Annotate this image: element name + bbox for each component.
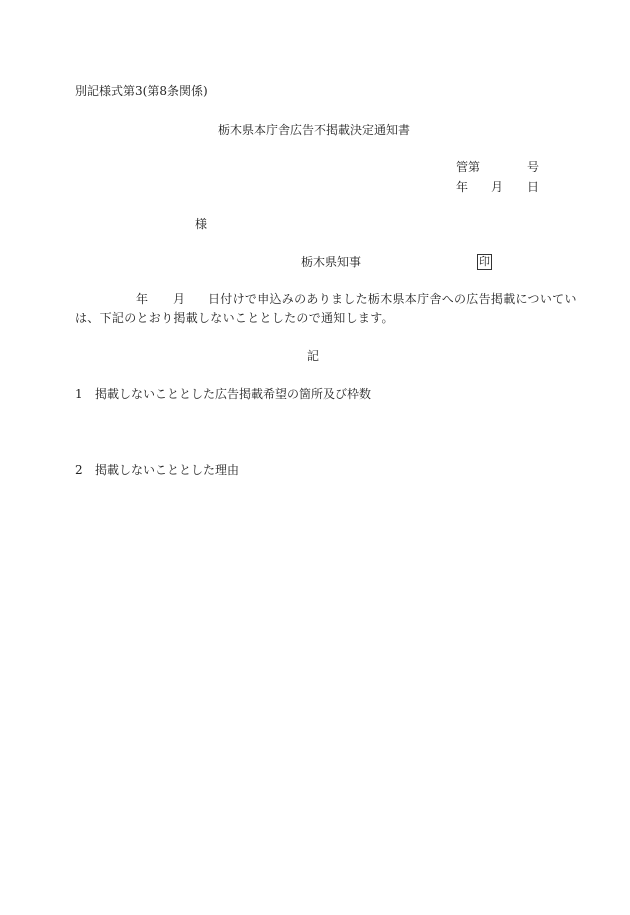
seal-mark: 印 xyxy=(477,254,492,270)
body-line-2: は、下記のとおり掲載しないこととしたので通知します。 xyxy=(75,311,394,325)
issuer-name: 栃木県知事 xyxy=(301,255,361,269)
item-1-text: 掲載しないこととした広告掲載希望の箇所及び枠数 xyxy=(95,387,371,401)
body-line-1: 日付けで申込みのありました栃木県本庁舎への広告掲載についてい xyxy=(208,292,577,306)
form-reference: 別記様式第3(第8条関係) xyxy=(75,84,208,98)
item-2-number: 2 xyxy=(75,463,83,477)
note-heading: 記 xyxy=(307,349,319,363)
addressee-suffix: 様 xyxy=(195,217,207,231)
date-year-label: 年 xyxy=(456,180,468,194)
item-1-number: 1 xyxy=(75,387,83,401)
document-page: 別記様式第3(第8条関係) 栃木県本庁舎広告不掲載決定通知書 管第 号 年 月 … xyxy=(0,0,630,915)
number-prefix: 管第 xyxy=(456,160,480,174)
body-month-label: 月 xyxy=(173,292,185,306)
date-month-label: 月 xyxy=(491,180,503,194)
document-title: 栃木県本庁舎広告不掲載決定通知書 xyxy=(218,123,410,137)
number-suffix: 号 xyxy=(527,160,539,174)
item-2-text: 掲載しないこととした理由 xyxy=(95,463,239,477)
body-year-label: 年 xyxy=(136,292,148,306)
date-day-label: 日 xyxy=(527,180,539,194)
